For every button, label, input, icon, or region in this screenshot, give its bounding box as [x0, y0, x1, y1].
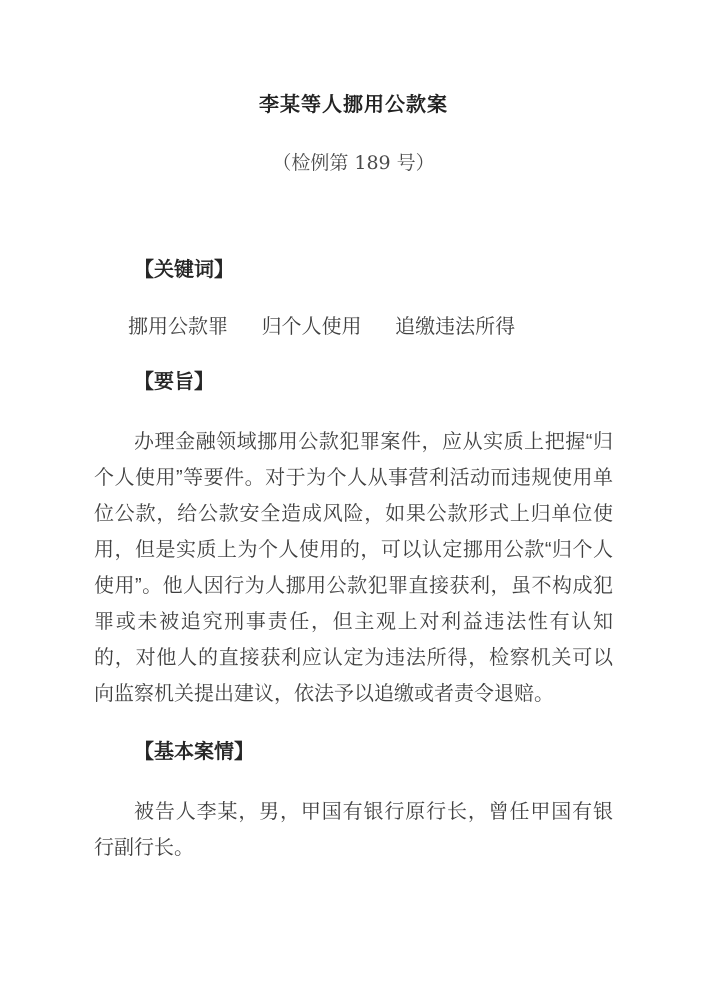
- facts-section-header: 【基本案情】: [94, 734, 613, 770]
- facts-paragraph: 被告人李某，男，甲国有银行原行长，曾任甲国有银行副行长。: [94, 794, 613, 866]
- keywords-section-header: 【关键词】: [94, 252, 613, 288]
- summary-section-header: 【要旨】: [94, 364, 613, 400]
- document-page: 李某等人挪用公款案 （检例第 189 号） 【关键词】 挪用公款罪 归个人使用 …: [0, 0, 707, 999]
- document-subtitle: （检例第 189 号）: [94, 145, 613, 181]
- summary-paragraph: 办理金融领域挪用公款犯罪案件，应从实质上把握“归个人使用”等要件。对于为个人从事…: [94, 424, 613, 712]
- document-title: 李某等人挪用公款案: [94, 87, 613, 123]
- keywords-line: 挪用公款罪 归个人使用 追缴违法所得: [94, 309, 613, 345]
- keyword-item: 归个人使用: [262, 316, 362, 338]
- keyword-item: 挪用公款罪: [128, 316, 228, 338]
- keyword-item: 追缴违法所得: [395, 316, 515, 338]
